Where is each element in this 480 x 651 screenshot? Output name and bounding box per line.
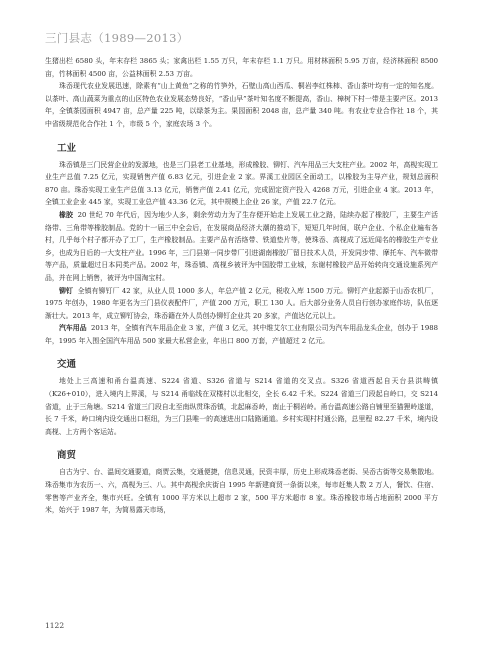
subheading-rubber: 橡胶 xyxy=(59,211,73,219)
paragraph: 珠岙现代农业发展迅速，除素有“山上黄鱼”之称的竹笋外，石壁山高山西瓜、桐岩李红株… xyxy=(45,80,438,130)
page-body: 生猪出栏 6580 头，年末存栏 3865 头；家禽出栏 1.55 万只，年末存… xyxy=(45,55,438,517)
paragraph: 珠岙镇是三门民营企业的发源地，也是三门县老工业基地，形成橡胶、铆钉、汽车用品三大… xyxy=(45,159,438,209)
page-number: 1122 xyxy=(45,621,64,630)
paragraph-text: 全镇有铆钉厂 42 家，从业人员 1000 多人，年总产值 2 亿元，税收入库 … xyxy=(45,287,438,320)
paragraph: 地处上三高速和甬台温高速、S224 省道、S326 省道与 S214 省道的交叉… xyxy=(45,375,438,438)
subheading-rivet: 铆钉 xyxy=(59,287,73,295)
paragraph-text: 20 世纪 70 年代后，因为地少人多，剩余劳动力为了生存便开始走上发展工业之路… xyxy=(45,211,438,282)
running-header-title: 三门县志（1989—2013） xyxy=(45,30,189,46)
paragraph: 生猪出栏 6580 头，年末存栏 3865 头；家禽出栏 1.55 万只，年末存… xyxy=(45,55,438,80)
paragraph-rubber: 橡胶 20 世纪 70 年代后，因为地少人多，剩余劳动力为了生存便开始走上发展工… xyxy=(45,209,438,285)
subheading-auto-supplies: 汽车用品 xyxy=(59,324,87,332)
section-title-industry: 工业 xyxy=(57,142,438,156)
paragraph-text: 2013 年，全镇有汽车用品企业 3 家，产值 3 亿元，其中维艾尔工业有限公司… xyxy=(45,324,438,345)
section-title-transport: 交通 xyxy=(57,358,438,372)
paragraph-auto-supplies: 汽车用品 2013 年，全镇有汽车用品企业 3 家，产值 3 亿元，其中维艾尔工… xyxy=(45,322,438,347)
paragraph-rivet: 铆钉 全镇有铆钉厂 42 家，从业人员 1000 多人，年总产值 2 亿元，税收… xyxy=(45,285,438,323)
paragraph: 自古为宁、台、温间交通要道，商贾云集，交通便捷，信息灵通，民资丰厚，历史上形成珠… xyxy=(45,466,438,516)
section-title-commerce: 商贸 xyxy=(57,449,438,463)
